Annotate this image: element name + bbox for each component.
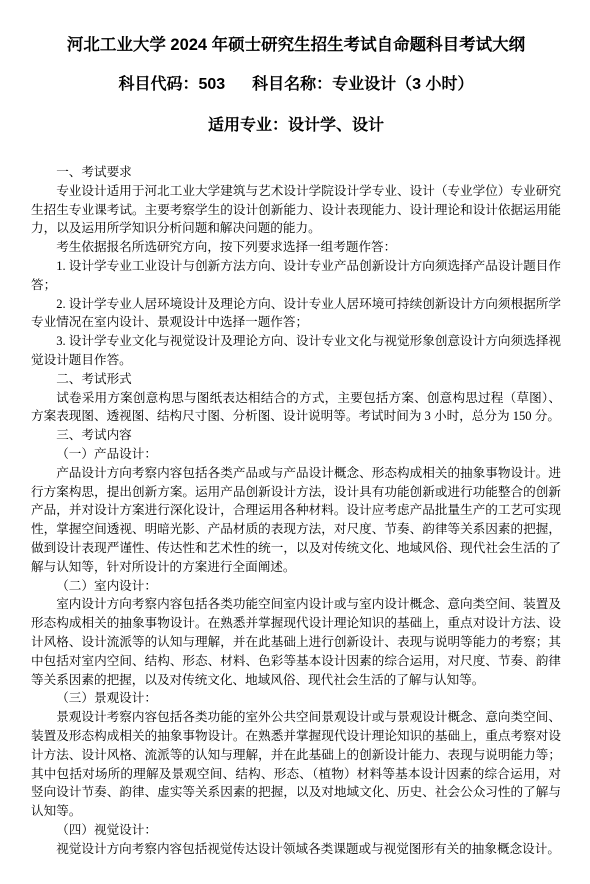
list-item: 3. 设计学专业文化与视觉设计及理论方向、设计专业文化与视觉形象创意设计方向须选…	[31, 332, 561, 370]
document-title: 河北工业大学 2024 年硕士研究生招生考试自命题科目考试大纲	[31, 36, 561, 54]
paragraph: 试卷采用方案创意构思与图纸表达相结合的方式，主要包括方案、创意构思过程（草图）、…	[31, 389, 561, 427]
paragraph: 考生依据报名所选研究方向，按下列要求选择一组考题作答：	[31, 238, 561, 257]
sub-heading: （一）产品设计：	[31, 445, 561, 464]
document-page: 河北工业大学 2024 年硕士研究生招生考试自命题科目考试大纲 科目代码：503…	[0, 0, 590, 884]
sub-heading: （二）室内设计：	[31, 577, 561, 596]
paragraph: 室内设计方向考察内容包括各类功能空间室内设计或与室内设计概念、意向类空间、装置及…	[31, 595, 561, 689]
subject-code: 科目代码：503	[118, 76, 225, 93]
section-heading: 一、考试要求	[31, 163, 561, 182]
sub-heading: （三）景观设计：	[31, 689, 561, 708]
applicable-majors: 适用专业：设计学、设计	[31, 117, 561, 135]
paragraph: 专业设计适用于河北工业大学建筑与艺术设计学院设计学专业、设计（专业学位）专业研究…	[31, 182, 561, 238]
list-item: 2. 设计学专业人居环境设计及理论方向、设计专业人居环境可持续创新设计方向须根据…	[31, 295, 561, 333]
list-item: 1. 设计学专业工业设计与创新方法方向、设计专业产品创新设计方向须选择产品设计题…	[31, 257, 561, 295]
section-heading: 二、考试形式	[31, 370, 561, 389]
sub-heading: （四）视觉设计：	[31, 821, 561, 840]
paragraph: 视觉设计方向考察内容包括视觉传达设计领域各类课题或与视觉图形有关的抽象概念设计。	[31, 840, 561, 859]
subject-name: 科目名称：专业设计（3 小时）	[252, 76, 473, 93]
subject-line: 科目代码：503科目名称：专业设计（3 小时）	[31, 76, 561, 94]
document-body: 一、考试要求专业设计适用于河北工业大学建筑与艺术设计学院设计学专业、设计（专业学…	[31, 163, 561, 858]
section-heading: 三、考试内容	[31, 426, 561, 445]
paragraph: 景观设计考察内容包括各类功能的室外公共空间景观设计或与景观设计概念、意向类空间、…	[31, 708, 561, 821]
paragraph: 产品设计方向考察内容包括各类产品或与产品设计概念、形态构成相关的抽象事物设计。进…	[31, 464, 561, 577]
